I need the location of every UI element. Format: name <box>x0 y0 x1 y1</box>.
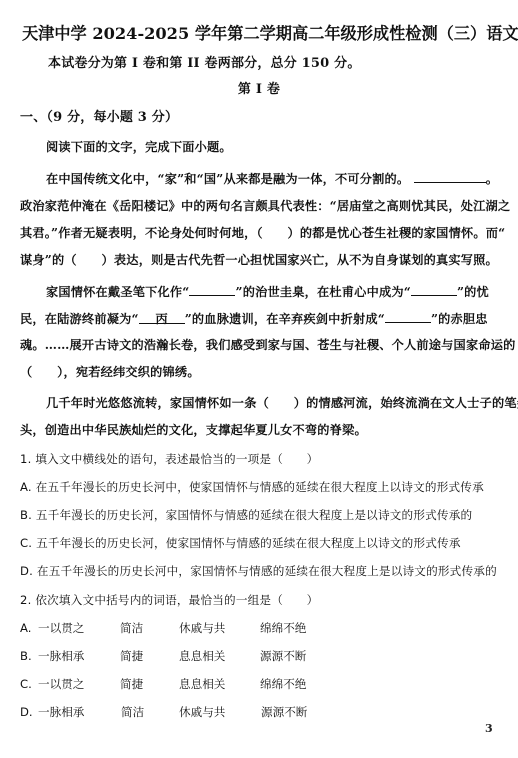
option-word: 休戚与共 <box>179 704 225 720</box>
answer-blank <box>385 310 431 323</box>
option-word: 简洁 <box>121 704 144 720</box>
passage-line: 在中国传统文化中，“家”和“国”从来都是融为一体，不可分割的。 。 <box>46 170 498 187</box>
passage-line: 几千年时光悠悠流转，家国情怀如一条（ ）的情感河流，始终流淌在文人士子的笔尖 <box>46 395 518 411</box>
passage-line: 政治家范仲淹在《岳阳楼记》中的两句名言颇具代表性：“居庙堂之高则忧其民，处江湖之 <box>20 198 510 214</box>
passage-line: 其君。”作者无疑表明，不论身处何时何地，（ ）的都是忧心苍生社稷的家国情怀。而“ <box>20 225 505 241</box>
passage-text: ”的赤胆忠 <box>431 312 488 326</box>
reading-instruction: 阅读下面的文字，完成下面小题。 <box>46 139 232 155</box>
passage-line: 头，创造出中华民族灿烂的文化，支撑起华夏儿女不弯的脊梁。 <box>20 422 367 438</box>
option-word: 一脉相承 <box>38 648 84 664</box>
option-label: D. <box>20 704 33 720</box>
passage-text: 在中国传统文化中，“家”和“国”从来都是融为一体，不可分割的。 <box>46 172 409 186</box>
option-label: C. <box>20 676 32 692</box>
option-word: 绵绵不绝 <box>260 676 306 692</box>
answer-blank <box>414 170 486 183</box>
passage-text: 。 <box>486 172 498 186</box>
option-word: 休戚与共 <box>179 620 225 636</box>
option-word: 源源不断 <box>260 648 306 664</box>
passage-line: 民，在陆游终前凝为“丙”的血脉遗训，在辛弃疾剑中折射成“”的赤胆忠 <box>20 310 488 327</box>
option-word: 简捷 <box>120 648 143 664</box>
option-word: 息息相关 <box>179 676 225 692</box>
passage-text: 民，在陆游终前凝为“ <box>20 312 139 326</box>
answer-blank-bing: 丙 <box>139 311 185 324</box>
passage-text: 家国情怀在戴圣笔下化作“ <box>46 285 189 299</box>
question-1-stem: 1. 填入文中横线处的语句，表述最恰当的一项是（ ） <box>20 451 318 467</box>
passage-line: （ ），宛若经纬交织的锦绣。 <box>20 364 200 380</box>
passage-text: ”的忧 <box>457 285 489 299</box>
exam-title: 天津中学 2024-2025 学年第二学期高二年级形成性检测（三）语文试 <box>22 24 518 44</box>
question-1-option-a: A. 在五千年漫长的历史长河中，使家国情怀与情感的延续在很大程度上以诗文的形式传… <box>20 479 484 495</box>
page-number-mark: 3 <box>485 722 493 735</box>
section-heading: 一、（9 分，每小题 3 分） <box>20 110 178 126</box>
question-1-option-b: B. 五千年漫长的历史长河，家国情怀与情感的延续在很大程度上是以诗文的形式传承的 <box>20 507 472 523</box>
passage-text: ”的治世圭臬，在杜甫心中成为“ <box>235 285 410 299</box>
option-label: A. <box>20 620 31 636</box>
answer-blank <box>411 283 457 296</box>
passage-line: 魂。……展开古诗文的浩瀚长卷，我们感受到家与国、苍生与社稷、个人前途与国家命运的 <box>20 337 516 353</box>
exam-page: 天津中学 2024-2025 学年第二学期高二年级形成性检测（三）语文试 本试卷… <box>0 0 518 758</box>
option-word: 一以贯之 <box>38 620 84 636</box>
option-word: 简捷 <box>120 676 143 692</box>
option-word: 绵绵不绝 <box>260 620 306 636</box>
option-word: 一以贯之 <box>38 676 84 692</box>
passage-line: 家国情怀在戴圣笔下化作“”的治世圭臬，在杜甫心中成为“”的忧 <box>46 283 489 300</box>
exam-subtitle: 本试卷分为第 I 卷和第 II 卷两部分，总分 150 分。 <box>48 56 361 72</box>
option-word: 息息相关 <box>179 648 225 664</box>
answer-blank <box>189 283 235 296</box>
volume-heading: 第 I 卷 <box>0 82 518 98</box>
question-1-option-d: D. 在五千年漫长的历史长河中，家国情怀与情感的延续在很大程度上是以诗文的形式传… <box>20 563 497 579</box>
question-1-option-c: C. 五千年漫长的历史长河，使家国情怀与情感的延续在很大程度上以诗文的形式传承 <box>20 535 461 551</box>
option-word: 简洁 <box>120 620 143 636</box>
passage-text: ”的血脉遗训，在辛弃疾剑中折射成“ <box>185 312 385 326</box>
option-word: 源源不断 <box>261 704 307 720</box>
option-label: B. <box>20 648 32 664</box>
passage-line: 谋身”的（ ）表达，则是古代先哲一心担忧国家兴亡，从不为自身谋划的真实写照。 <box>20 252 498 268</box>
option-word: 一脉相承 <box>38 704 84 720</box>
question-2-stem: 2. 依次填入文中括号内的词语，最恰当的一组是（ ） <box>20 592 318 608</box>
